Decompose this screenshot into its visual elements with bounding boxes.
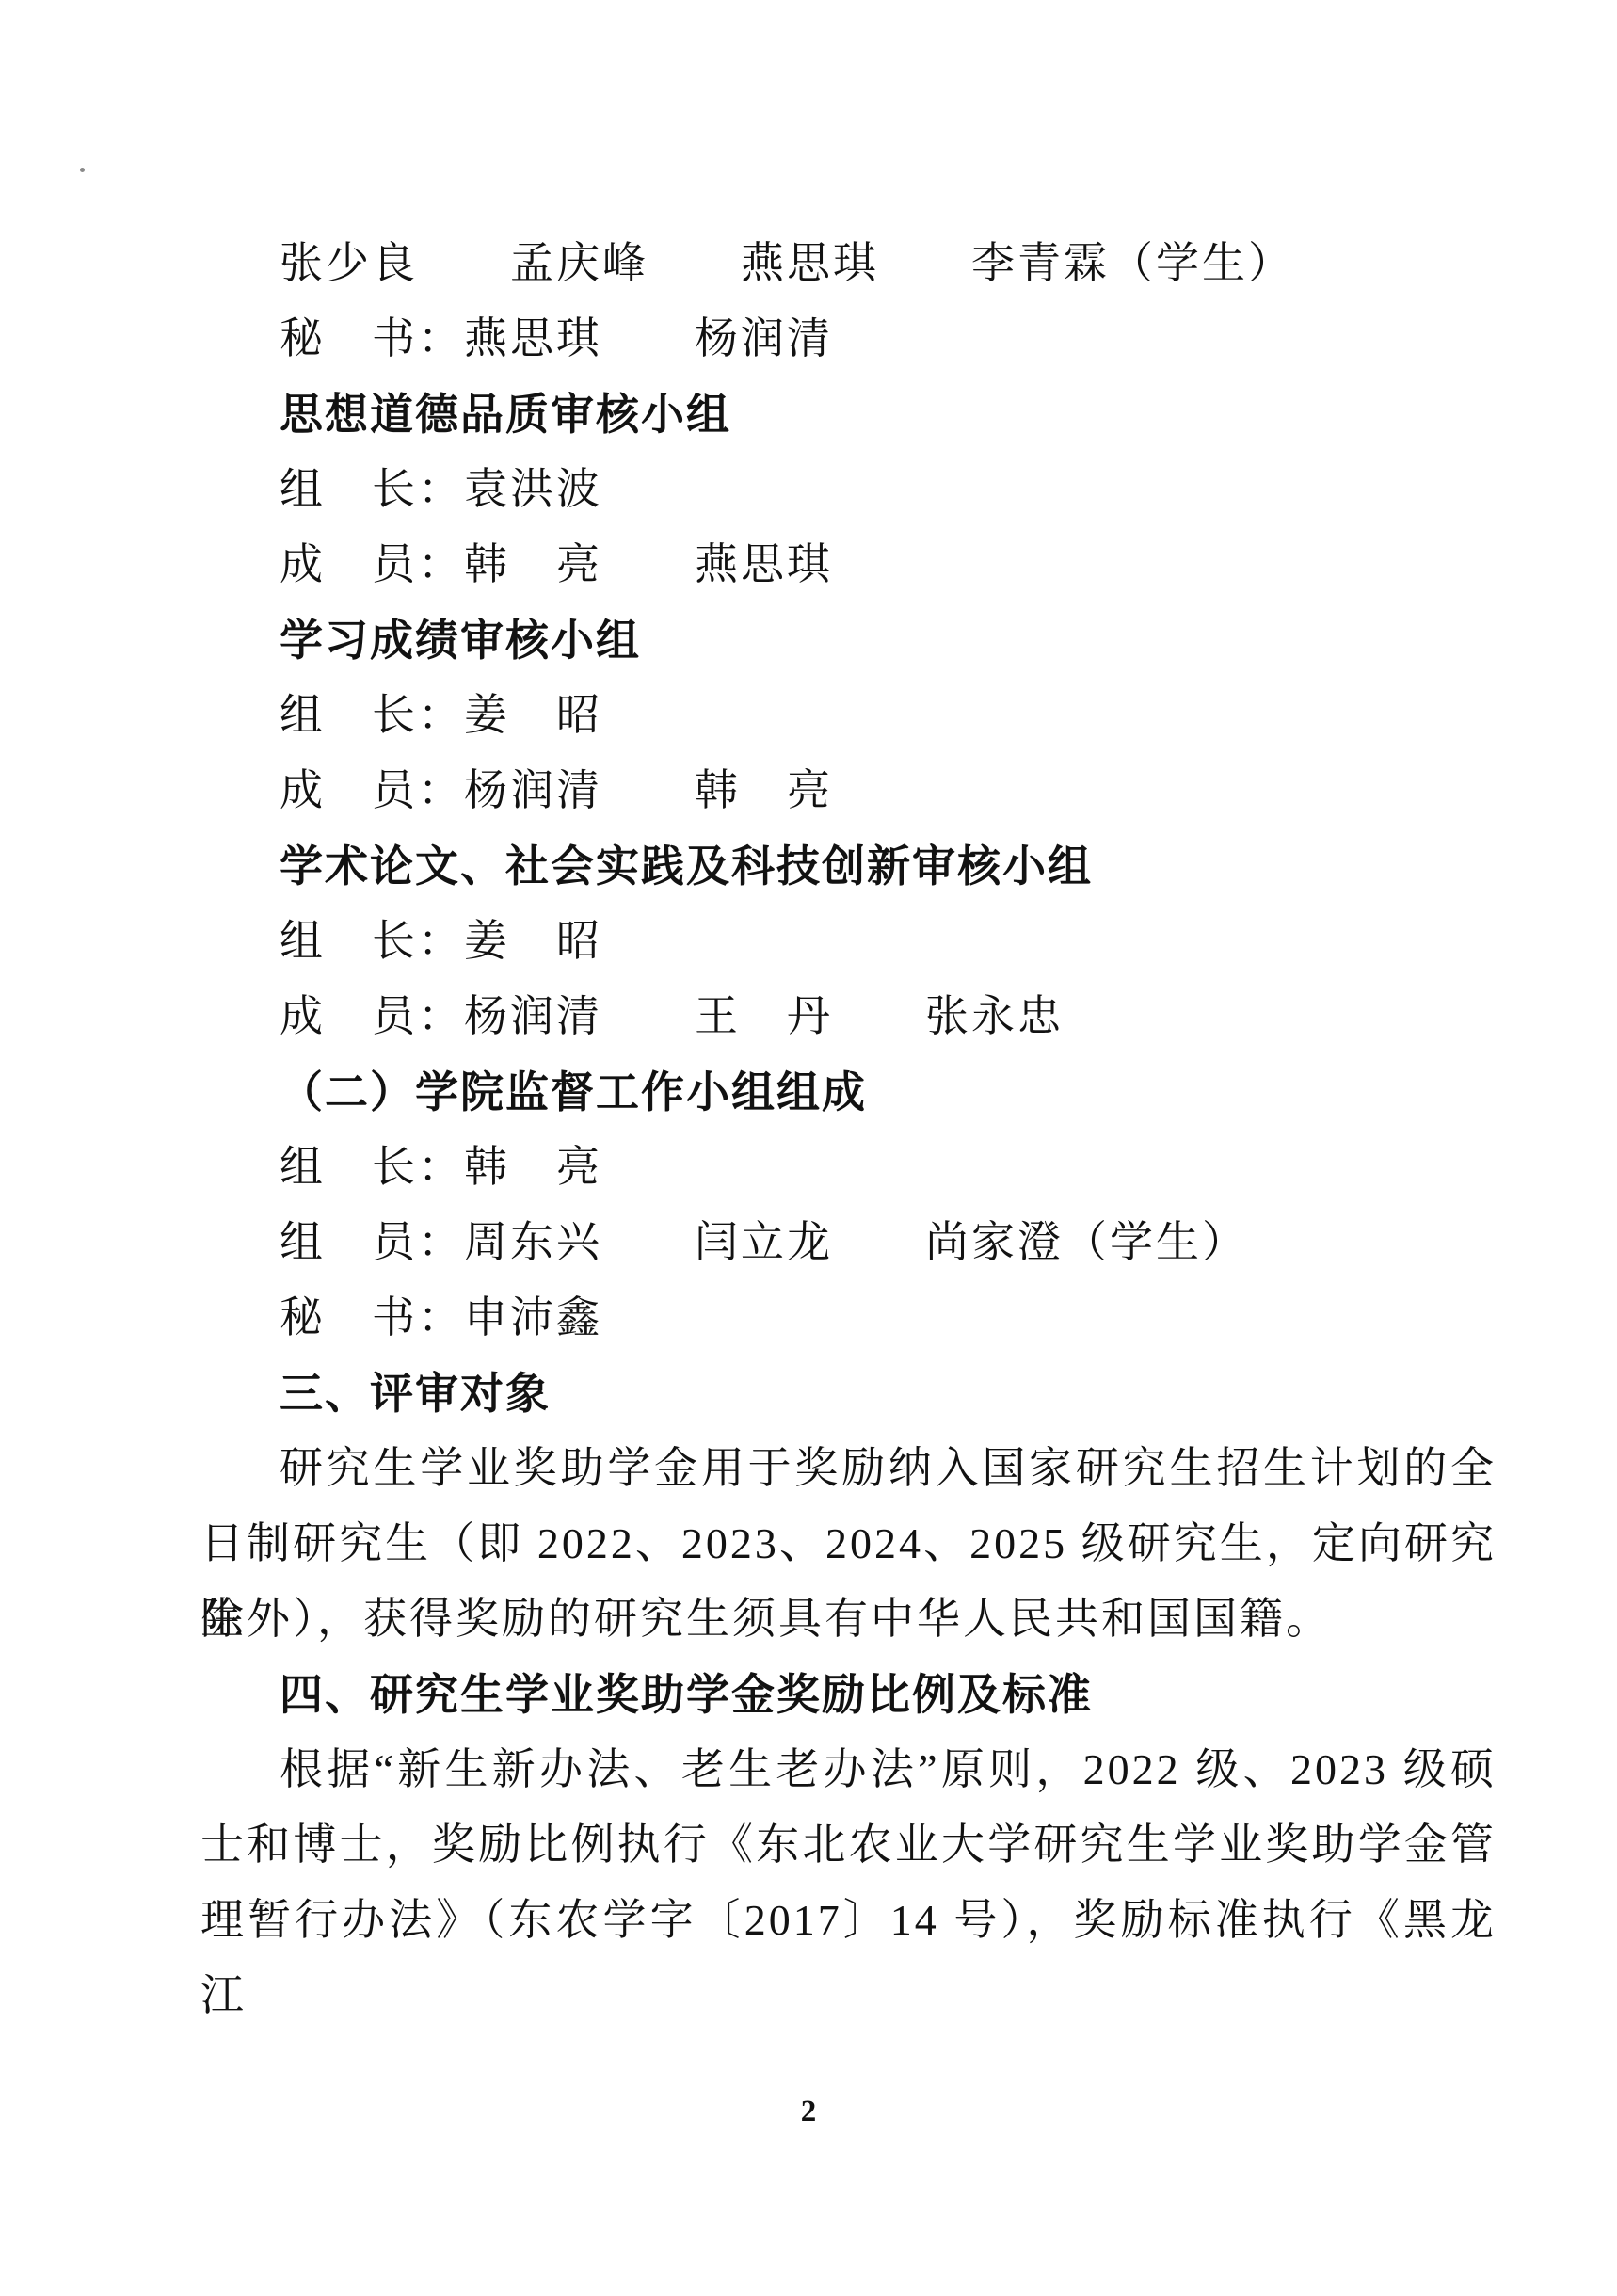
group-members-line: 成 员：杨润清 韩 亮 [200,753,1497,828]
paragraph-line: 士和博士，奖励比例执行《东北农业大学研究生学业奖助学金管 [200,1807,1497,1883]
paragraph-line: 研究生学业奖助学金用于奖励纳入国家研究生招生计划的全 [200,1431,1497,1506]
section-4-ratio-standard-heading: 四、研究生学业奖助学金奖励比例及标准 [200,1657,1497,1732]
moral-quality-review-group-heading: 思想道德品质审核小组 [200,377,1497,452]
group-members-line: 成 员：韩 亮 燕思琪 [200,527,1497,602]
section-3-review-targets-heading: 三、评审对象 [200,1356,1497,1431]
secretary-line: 秘 书：燕思琪 杨润清 [200,301,1497,377]
paragraph-line: 除外），获得奖励的研究生须具有中华人民共和国国籍。 [200,1582,1497,1657]
scan-speck [80,168,85,172]
group-members-line: 组 员：周东兴 闫立龙 尚家澄（学生） [200,1205,1497,1280]
committee-members-continued-line: 张少良 孟庆峰 燕思琪 李青霖（学生） [200,226,1497,301]
page-number: 2 [0,2088,1617,2135]
secretary-line: 秘 书：申沛鑫 [200,1280,1497,1356]
supervision-group-composition-heading: （二）学院监督工作小组组成 [200,1054,1497,1130]
paragraph-line: 日制研究生（即 2022、2023、2024、2025 级研究生，定向研究生 [200,1506,1497,1582]
paragraph-line: 根据“新生新办法、老生老办法”原则，2022 级、2023 级硕 [200,1732,1497,1807]
group-members-line: 成 员：杨润清 王 丹 张永忠 [200,979,1497,1054]
paragraph-line: 理暂行办法》（东农学字〔2017〕14 号），奖励标准执行《黑龙江 [200,1883,1497,1958]
study-score-review-group-heading: 学习成绩审核小组 [200,602,1497,678]
group-leader-line: 组 长：韩 亮 [200,1130,1497,1205]
document-page: 张少良 孟庆峰 燕思琪 李青霖（学生） 秘 书：燕思琪 杨润清 思想道德品质审核… [0,0,1617,2296]
group-leader-line: 组 长：姜 昭 [200,678,1497,753]
academic-paper-practice-innovation-group-heading: 学术论文、社会实践及科技创新审核小组 [200,828,1497,904]
group-leader-line: 组 长：姜 昭 [200,904,1497,979]
group-leader-line: 组 长：袁洪波 [200,452,1497,527]
